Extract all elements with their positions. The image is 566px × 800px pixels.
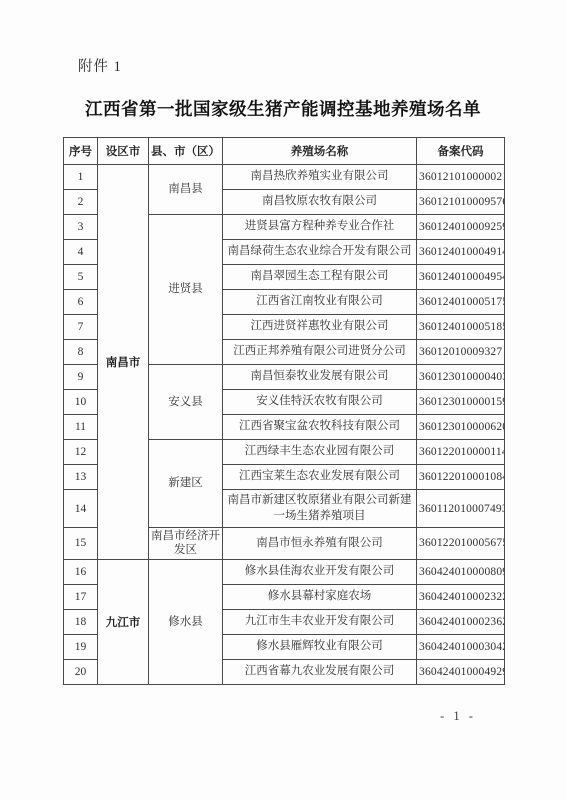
cell-code: 360112010007493	[417, 490, 505, 528]
cell-farm: 江西进贤祥惠牧业有限公司	[223, 315, 417, 340]
cell-farm: 南昌市新建区牧原猪业有限公司新建一场生猪养殖项目	[223, 490, 417, 528]
col-header-county: 县、市（区）	[149, 138, 223, 165]
cell-no: 2	[64, 190, 98, 215]
cell-farm: 南昌市恒永养殖有限公司	[223, 528, 417, 560]
cell-no: 19	[64, 634, 98, 659]
cell-county: 新建区	[149, 440, 223, 528]
cell-code: 360121010000021	[417, 165, 505, 190]
cell-farm: 江西宝莱生态农业发展有限公司	[223, 465, 417, 490]
cell-farm: 修水县幕村家庭农场	[223, 584, 417, 609]
cell-no: 16	[64, 559, 98, 584]
cell-farm: 江西省幕九农业发展有限公司	[223, 659, 417, 684]
cell-no: 7	[64, 315, 98, 340]
cell-farm: 九江市生丰农业开发有限公司	[223, 609, 417, 634]
cell-farm: 江西正邦养殖有限公司进贤分公司	[223, 340, 417, 365]
cell-farm: 南昌牧原农牧有限公司	[223, 190, 417, 215]
page-number: - 1 -	[418, 709, 498, 724]
col-header-city: 设区市	[98, 138, 149, 165]
cell-no: 14	[64, 490, 98, 528]
cell-code: 360124010004954	[417, 265, 505, 290]
cell-farm: 南昌恒泰牧业发展有限公司	[223, 365, 417, 390]
cell-code: 360123010000159	[417, 390, 505, 415]
cell-no: 9	[64, 365, 98, 390]
cell-no: 8	[64, 340, 98, 365]
cell-county: 安义县	[149, 365, 223, 440]
cell-farm: 修水县雁辉牧业有限公司	[223, 634, 417, 659]
cell-code: 360124010005175	[417, 290, 505, 315]
cell-no: 20	[64, 659, 98, 684]
cell-code: 360424010002322	[417, 584, 505, 609]
cell-farm: 江西省江南牧业有限公司	[223, 290, 417, 315]
cell-farm: 江西绿丰生态农业园有限公司	[223, 440, 417, 465]
cell-code: 360424010002362	[417, 609, 505, 634]
farms-table: 序号 设区市 县、市（区） 养殖场名称 备案代码 1 南昌市 南昌县 南昌热欣养…	[63, 137, 505, 685]
cell-no: 4	[64, 240, 98, 265]
cell-county: 进贤县	[149, 215, 223, 365]
cell-code: 360424010003042	[417, 634, 505, 659]
cell-code: 360123010000403	[417, 365, 505, 390]
cell-farm: 进贤县富方程种养专业合作社	[223, 215, 417, 240]
cell-code: 360124010004914	[417, 240, 505, 265]
cell-code: 360424010004929	[417, 659, 505, 684]
cell-farm: 修水县佳海农业开发有限公司	[223, 559, 417, 584]
cell-code: 360424010000809	[417, 559, 505, 584]
cell-no: 11	[64, 415, 98, 440]
cell-code: 360122010005675	[417, 528, 505, 560]
cell-no: 17	[64, 584, 98, 609]
cell-code: 36012010009327	[417, 340, 505, 365]
col-header-no: 序号	[64, 138, 98, 165]
cell-county: 修水县	[149, 559, 223, 684]
table-row: 1 南昌市 南昌县 南昌热欣养殖实业有限公司 360121010000021	[64, 165, 505, 190]
cell-farm: 南昌翠园生态工程有限公司	[223, 265, 417, 290]
cell-no: 1	[64, 165, 98, 190]
cell-code: 360123010000620	[417, 415, 505, 440]
cell-farm: 南昌绿荷生态农业综合开发有限公司	[223, 240, 417, 265]
table-row: 16 九江市 修水县 修水县佳海农业开发有限公司 360424010000809	[64, 559, 505, 584]
cell-no: 6	[64, 290, 98, 315]
cell-no: 10	[64, 390, 98, 415]
cell-no: 3	[64, 215, 98, 240]
cell-no: 15	[64, 528, 98, 560]
cell-code: 360121010009576	[417, 190, 505, 215]
cell-city: 九江市	[98, 559, 149, 684]
col-header-farm: 养殖场名称	[223, 138, 417, 165]
cell-code: 360124010005185	[417, 315, 505, 340]
attachment-label: 附件 1	[78, 55, 122, 76]
cell-no: 18	[64, 609, 98, 634]
cell-code: 360124010009259	[417, 215, 505, 240]
cell-no: 13	[64, 465, 98, 490]
cell-farm: 江西省聚宝盆农牧科技有限公司	[223, 415, 417, 440]
document-page: 附件 1 江西省第一批国家级生猪产能调控基地养殖场名单 序号 设区市 县、市（区…	[0, 0, 566, 800]
cell-farm: 安义佳特沃农牧有限公司	[223, 390, 417, 415]
cell-farm: 南昌热欣养殖实业有限公司	[223, 165, 417, 190]
cell-code: 360122010001084	[417, 465, 505, 490]
document-title: 江西省第一批国家级生猪产能调控基地养殖场名单	[0, 96, 566, 121]
cell-county: 南昌县	[149, 165, 223, 215]
cell-no: 5	[64, 265, 98, 290]
table-header-row: 序号 设区市 县、市（区） 养殖场名称 备案代码	[64, 138, 505, 165]
cell-city: 南昌市	[98, 165, 149, 560]
cell-county: 南昌市经济开发区	[149, 528, 223, 560]
col-header-code: 备案代码	[417, 138, 505, 165]
cell-no: 12	[64, 440, 98, 465]
cell-code: 360122010000114	[417, 440, 505, 465]
